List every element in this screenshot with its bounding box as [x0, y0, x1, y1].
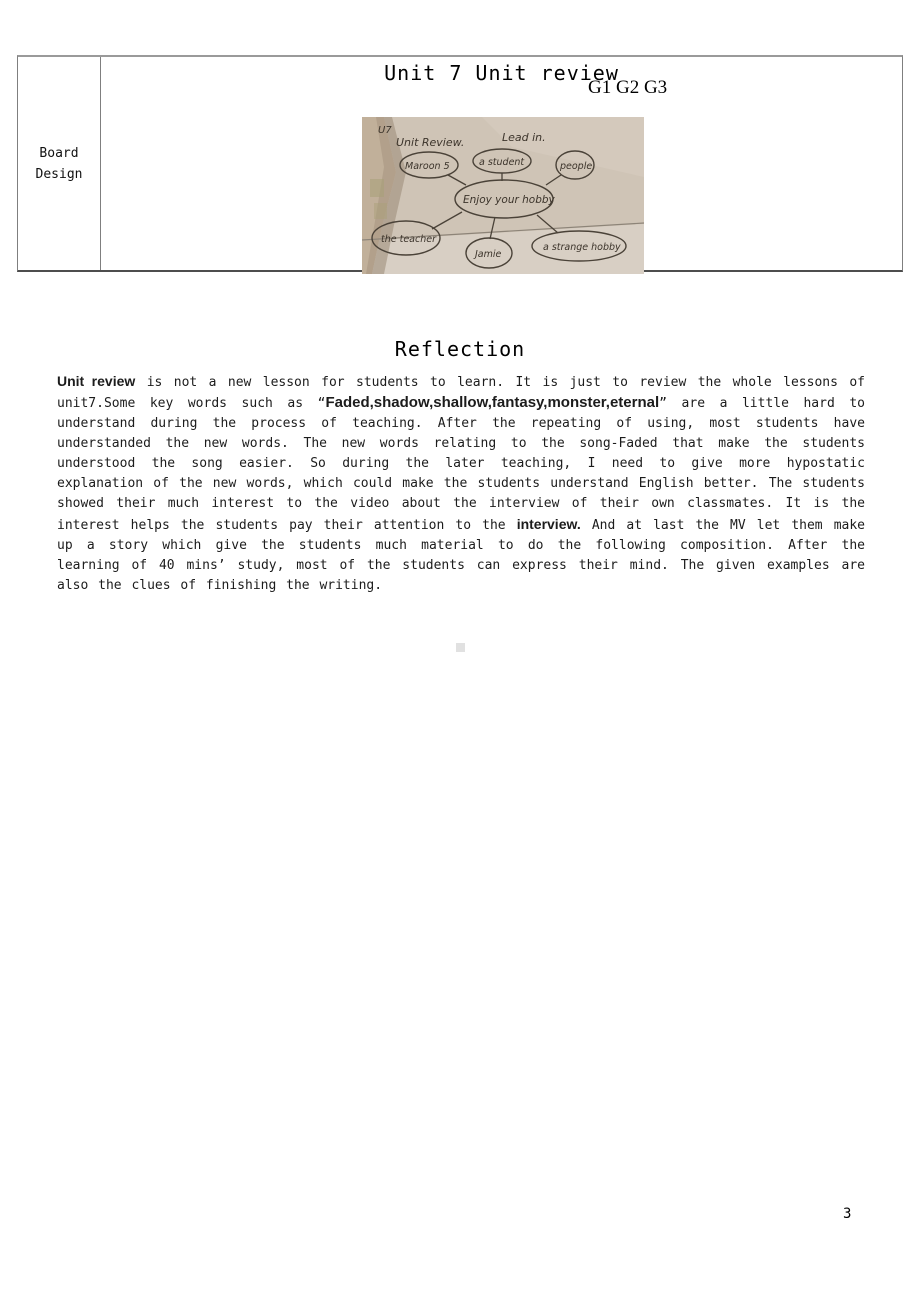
reflection-paragraph: Unit review is not a new lesson for stud…	[57, 371, 865, 596]
group-labels: G1 G2 G3	[588, 77, 667, 99]
mindmap-photo-drawing: U7 Unit Review. Lead in. Maroon 5 a stud…	[362, 117, 644, 274]
reflection-seg-body-2: ” are a little hard to understand during…	[57, 396, 865, 533]
reflection-seg-interview: interview.	[517, 516, 581, 532]
unit-title: Unit 7 Unit review	[101, 61, 902, 85]
photo-node-the-teacher: the teacher	[381, 234, 437, 245]
photo-label-unit-review: Unit Review.	[396, 136, 464, 149]
board-design-content-cell: Unit 7 Unit review G1 G2 G3	[101, 57, 902, 270]
reflection-seg-unit-review: Unit review	[57, 373, 135, 389]
photo-node-jamie: Jamie	[473, 249, 502, 260]
photo-label-lead-in: Lead in.	[502, 131, 546, 144]
board-label-line2: Design	[36, 164, 83, 185]
photo-node-center: Enjoy your hobby	[463, 194, 556, 206]
photo-node-people: people	[559, 161, 592, 172]
page-number: 3	[843, 1206, 851, 1222]
reflection-seg-keywords: Faded,shadow,shallow,fantasy,monster,ete…	[325, 394, 659, 411]
board-label-line1: Board	[39, 143, 78, 164]
photo-node-maroon5: Maroon 5	[405, 161, 450, 172]
board-design-photo: U7 Unit Review. Lead in. Maroon 5 a stud…	[362, 117, 644, 274]
photo-node-strange-hobby: a strange hobby	[543, 242, 621, 253]
photo-label-u7: U7	[378, 125, 392, 136]
photo-node-a-student: a student	[479, 157, 525, 168]
board-design-table: Board Design Unit 7 Unit review G1 G2 G3	[17, 55, 903, 272]
reflection-heading: Reflection	[0, 337, 920, 361]
document-page: Board Design Unit 7 Unit review G1 G2 G3	[0, 0, 920, 1302]
anchor-placeholder-square	[456, 643, 465, 652]
board-design-row-label: Board Design	[18, 57, 101, 270]
